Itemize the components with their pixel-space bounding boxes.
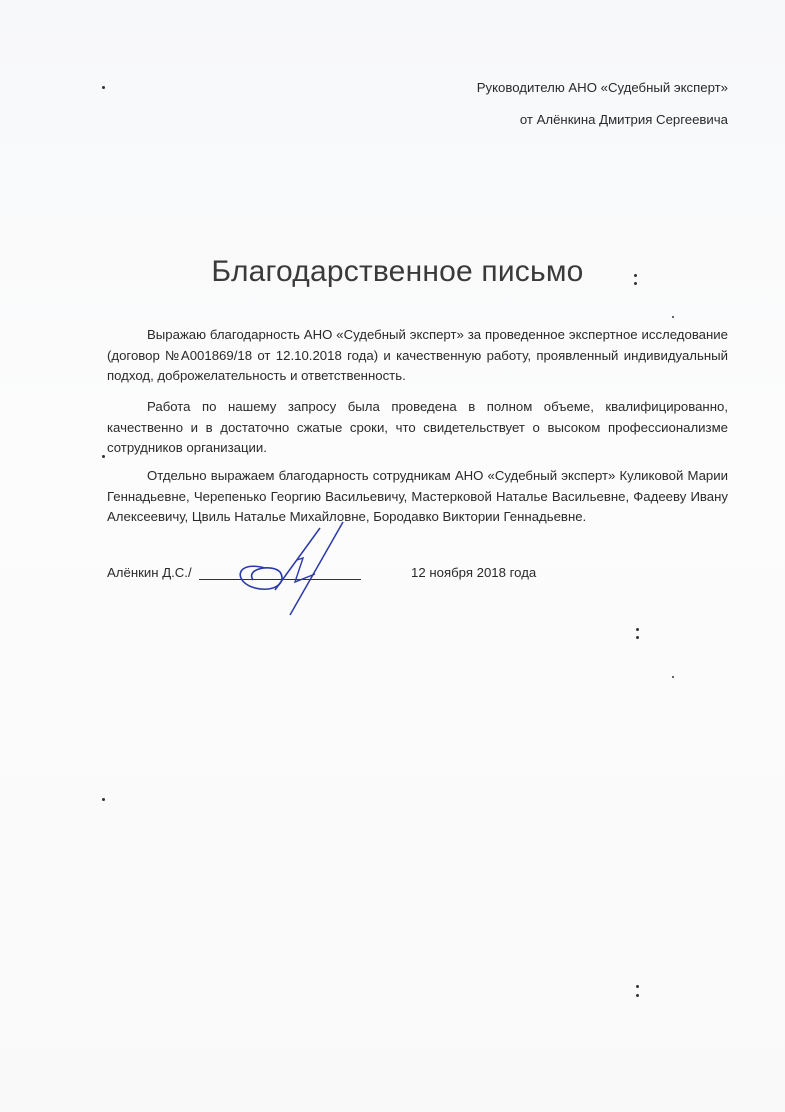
signer-name: Алёнкин Д.С./ (107, 565, 192, 580)
paragraph-1: Выражаю благодарность АНО «Судебный эксп… (107, 325, 728, 387)
scan-speck (634, 282, 637, 285)
scan-speck (672, 676, 674, 678)
scan-speck (636, 985, 639, 988)
scan-speck (672, 316, 674, 318)
addressee-block: Руководителю АНО «Судебный эксперт» от А… (477, 72, 728, 136)
scan-speck (636, 994, 639, 997)
letter-date: 12 ноября 2018 года (411, 565, 536, 580)
scan-speck (102, 798, 105, 801)
addressee-sender: от Алёнкина Дмитрия Сергеевича (477, 104, 728, 136)
scanned-letter-page: Руководителю АНО «Судебный эксперт» от А… (0, 0, 785, 1112)
paragraph-3: Отдельно выражаем благодарность сотрудни… (107, 466, 728, 528)
addressee-recipient: Руководителю АНО «Судебный эксперт» (477, 72, 728, 104)
handwritten-signature-icon (225, 520, 355, 620)
letter-title: Благодарственное письмо (0, 255, 785, 289)
paragraph-2: Работа по нашему запросу была проведена … (107, 397, 728, 459)
scan-speck (636, 628, 639, 631)
scan-speck (636, 636, 639, 639)
scan-speck (102, 86, 105, 89)
scan-speck (102, 455, 105, 458)
scan-speck (634, 274, 637, 277)
